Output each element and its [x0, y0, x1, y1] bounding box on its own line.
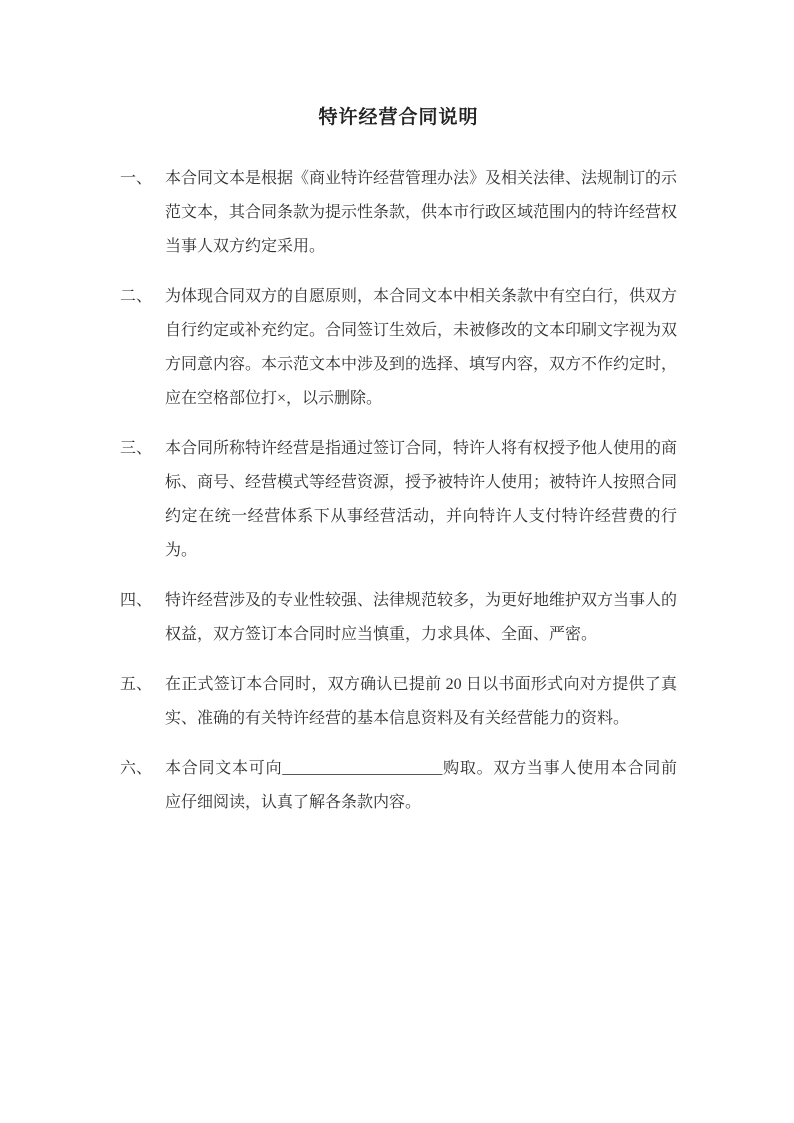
clause-list: 一、 本合同文本是根据《商业特许经营管理办法》及相关法律、法规制订的示范文本，其… [120, 162, 677, 820]
clause-number: 二、 [120, 280, 165, 314]
clause-item-2: 二、 为体现合同双方的自愿原则，本合同文本中相关条款中有空白行，供双方自行约定或… [120, 280, 677, 416]
clause-number: 三、 [120, 432, 165, 466]
clause-text-before-blank: 本合同文本可向 [165, 760, 282, 777]
fill-in-blank[interactable]: ____________________ [282, 760, 442, 777]
clause-item-4: 四、 特许经营涉及的专业性较强、法律规范较多，为更好地维护双方当事人的权益，双方… [120, 584, 677, 652]
clause-text: 在正式签订本合同时，双方确认已提前 20 日以书面形式向对方提供了真实、准确的有… [165, 668, 677, 736]
clause-number: 一、 [120, 162, 165, 196]
document-title: 特许经营合同说明 [120, 105, 677, 131]
clause-item-5: 五、 在正式签订本合同时，双方确认已提前 20 日以书面形式向对方提供了真实、准… [120, 668, 677, 736]
clause-text: 本合同所称特许经营是指通过签订合同，特许人将有权授予他人使用的商标、商号、经营模… [165, 432, 677, 568]
clause-item-3: 三、 本合同所称特许经营是指通过签订合同，特许人将有权授予他人使用的商标、商号、… [120, 432, 677, 568]
document-page: 特许经营合同说明 一、 本合同文本是根据《商业特许经营管理办法》及相关法律、法规… [0, 0, 794, 1123]
clause-item-1: 一、 本合同文本是根据《商业特许经营管理办法》及相关法律、法规制订的示范文本，其… [120, 162, 677, 264]
clause-item-6: 六、 本合同文本可向____________________购取。双方当事人使用… [120, 752, 677, 820]
clause-number: 六、 [120, 752, 165, 786]
clause-text: 本合同文本是根据《商业特许经营管理办法》及相关法律、法规制订的示范文本，其合同条… [165, 162, 677, 264]
clause-text: 本合同文本可向____________________购取。双方当事人使用本合同… [165, 752, 677, 820]
clause-text: 特许经营涉及的专业性较强、法律规范较多，为更好地维护双方当事人的权益，双方签订本… [165, 584, 677, 652]
clause-number: 四、 [120, 584, 165, 618]
clause-text: 为体现合同双方的自愿原则，本合同文本中相关条款中有空白行，供双方自行约定或补充约… [165, 280, 677, 416]
clause-number: 五、 [120, 668, 165, 702]
